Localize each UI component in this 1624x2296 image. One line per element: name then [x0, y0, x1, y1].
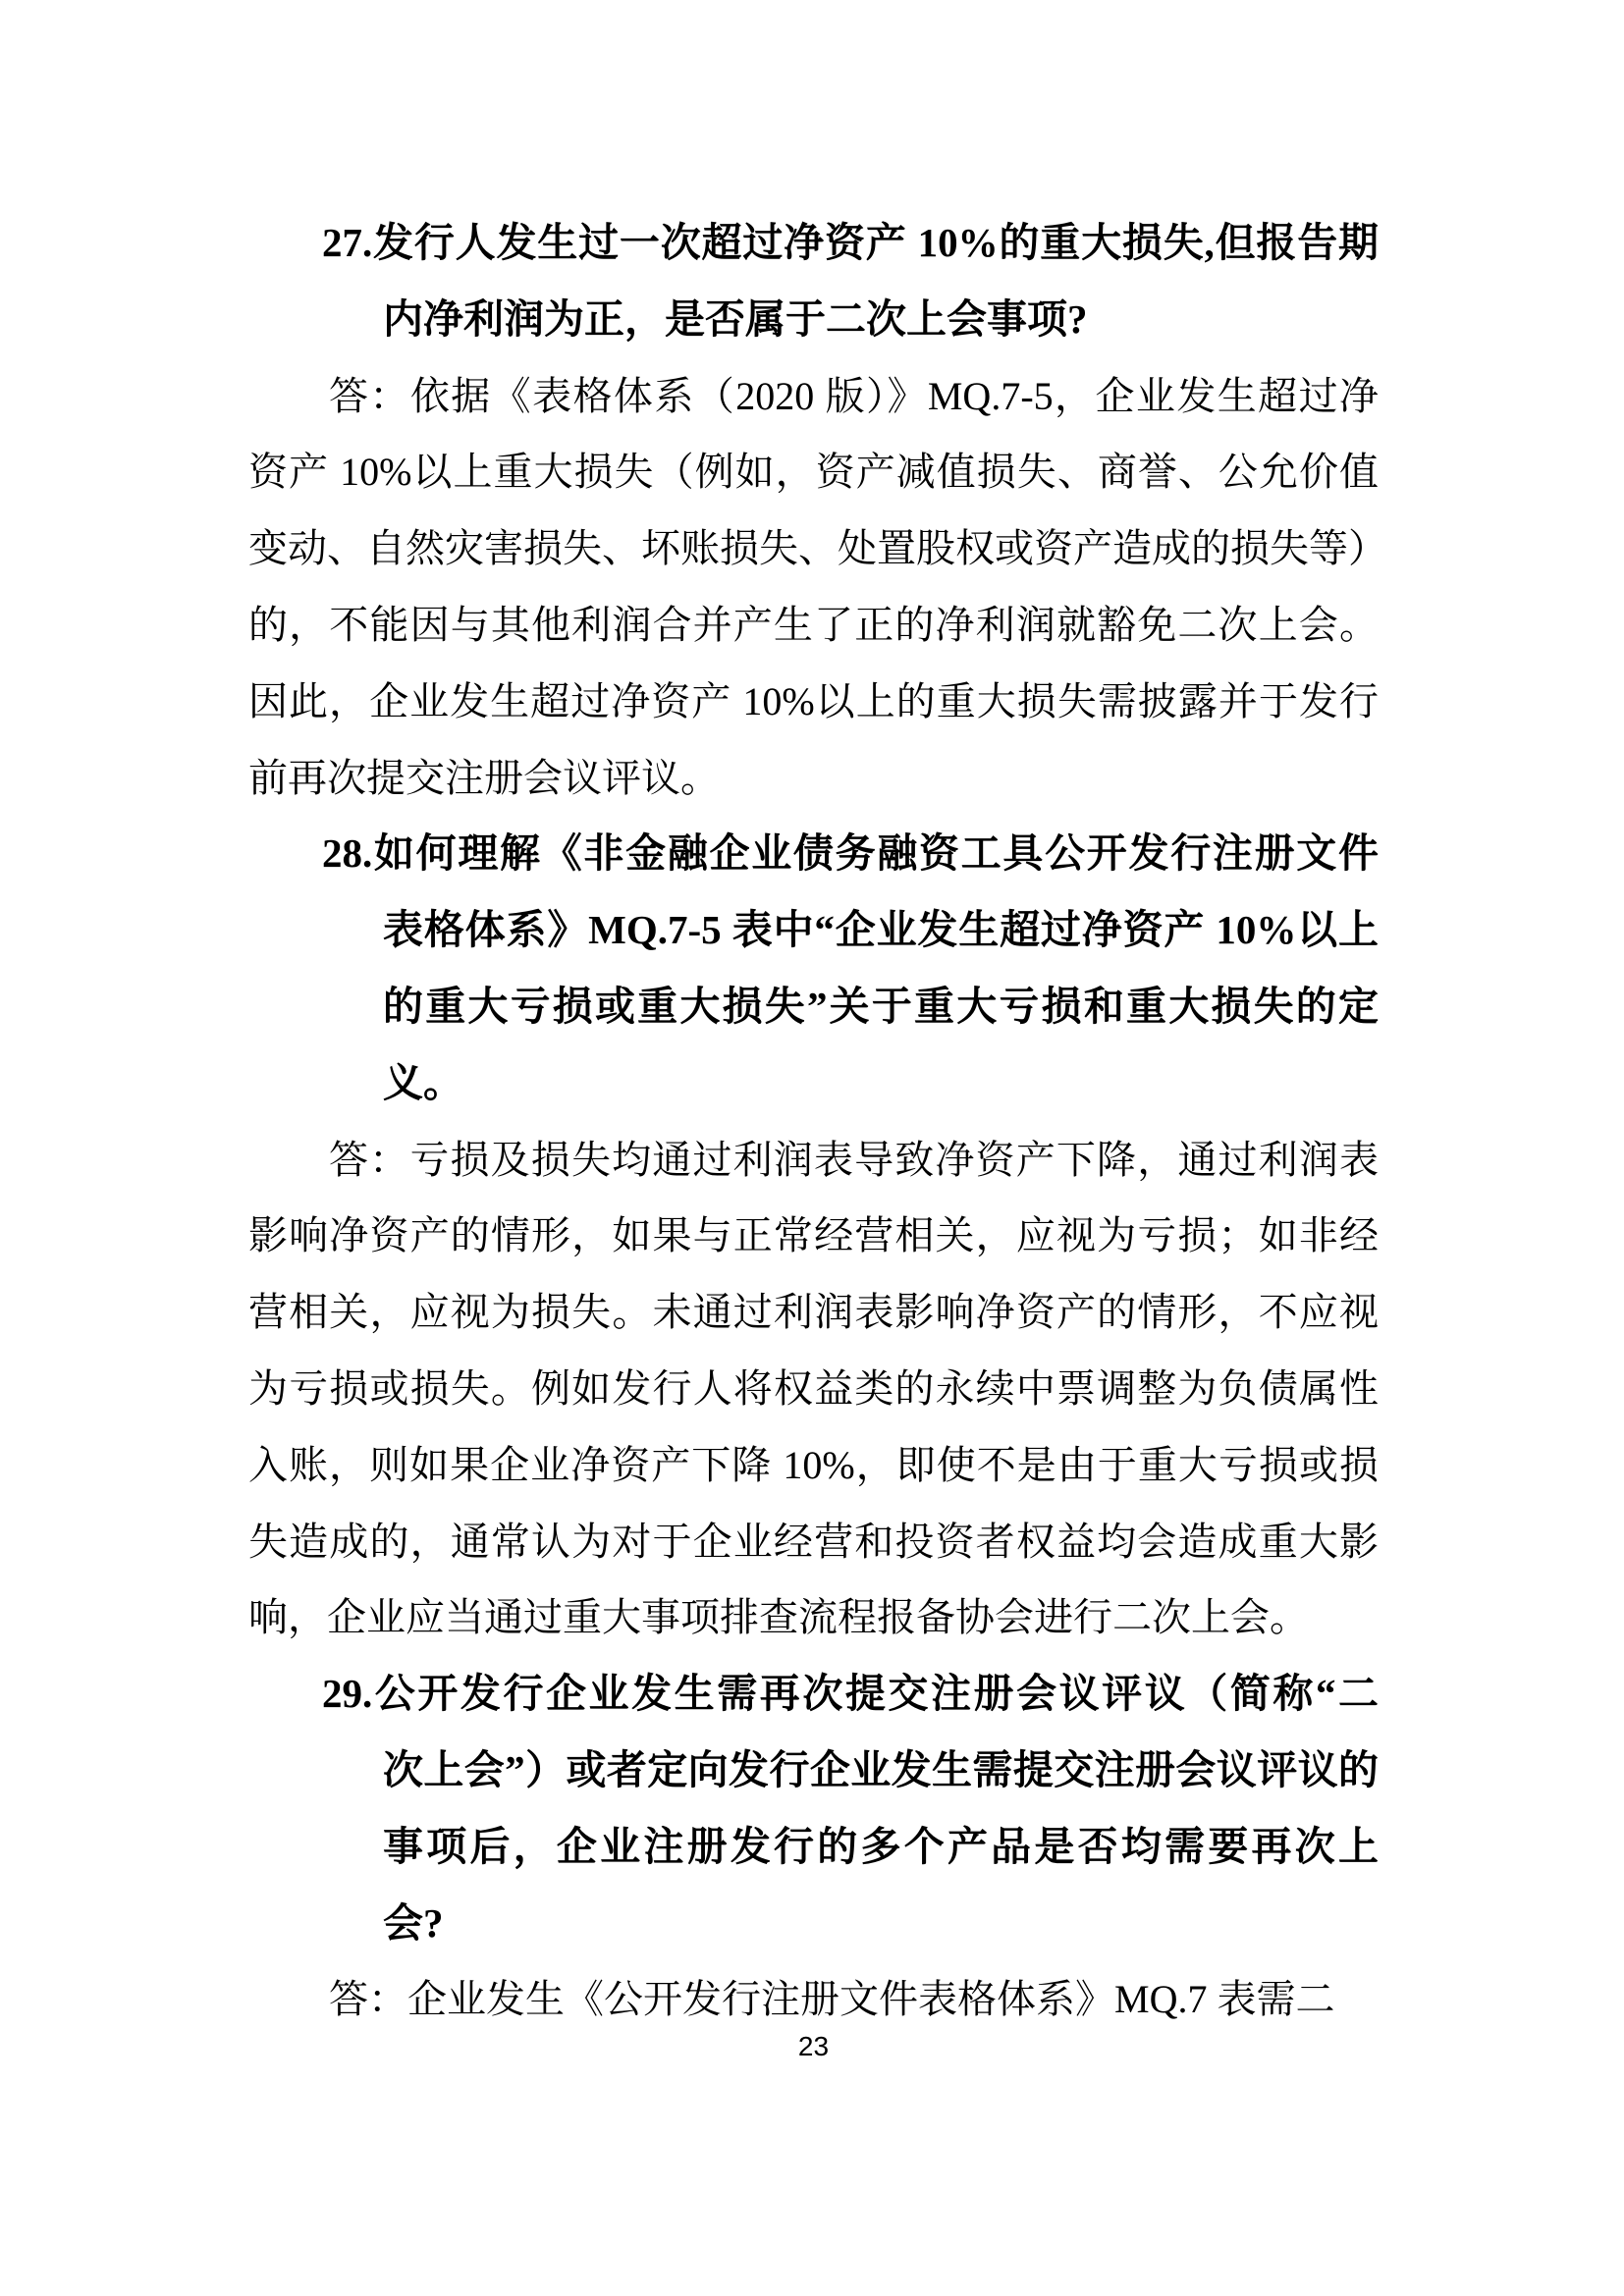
- question-28: 28.如何理解《非金融企业债务融资工具公开发行注册文件 表格体系》MQ.7-5 …: [248, 816, 1379, 1121]
- question-29-line-3: 事项后，企业注册发行的多个产品是否均需要再次上: [248, 1809, 1379, 1886]
- answer-28-line-2: 影响净资产的情形，如果与正常经营相关，应视为亏损；如非经: [248, 1198, 1379, 1274]
- question-27-line-2: 内净利润为正，是否属于二次上会事项?: [248, 282, 1379, 358]
- answer-28-line-3: 营相关，应视为损失。未通过利润表影响净资产的情形，不应视: [248, 1274, 1379, 1351]
- answer-28-line-4: 为亏损或损失。例如发行人将权益类的永续中票调整为负债属性: [248, 1351, 1379, 1427]
- question-29-line-4: 会?: [248, 1886, 1379, 1962]
- question-29: 29.公开发行企业发生需再次提交注册会议评议（简称“二 次上会”）或者定向发行企…: [248, 1656, 1379, 1961]
- question-29-line-1: 29.公开发行企业发生需再次提交注册会议评议（简称“二: [248, 1656, 1379, 1733]
- question-28-line-3: 的重大亏损或重大损失”关于重大亏损和重大损失的定: [248, 969, 1379, 1045]
- answer-28-line-6: 失造成的，通常认为对于企业经营和投资者权益均会造成重大影: [248, 1504, 1379, 1580]
- answer-28: 答：亏损及损失均通过利润表导致净资产下降，通过利润表 影响净资产的情形，如果与正…: [248, 1122, 1379, 1657]
- page-number: 23: [248, 2026, 1379, 2067]
- question-28-line-4: 义。: [248, 1045, 1379, 1122]
- answer-28-line-1: 答：亏损及损失均通过利润表导致净资产下降，通过利润表: [248, 1122, 1379, 1199]
- question-27-line-1: 27.发行人发生过一次超过净资产 10%的重大损失,但报告期: [248, 205, 1379, 282]
- answer-27-line-1: 答：依据《表格体系（2020 版）》MQ.7-5，企业发生超过净: [248, 358, 1379, 435]
- answer-27-line-2: 资产 10%以上重大损失（例如，资产减值损失、商誉、公允价值: [248, 434, 1379, 510]
- question-28-line-2: 表格体系》MQ.7-5 表中“企业发生超过净资产 10%以上: [248, 892, 1379, 969]
- answer-27-line-3: 变动、自然灾害损失、坏账损失、处置股权或资产造成的损失等）: [248, 510, 1379, 587]
- answer-27: 答：依据《表格体系（2020 版）》MQ.7-5，企业发生超过净 资产 10%以…: [248, 358, 1379, 817]
- question-29-line-2: 次上会”）或者定向发行企业发生需提交注册会议评议的: [248, 1733, 1379, 1809]
- answer-28-line-5: 入账，则如果企业净资产下降 10%，即使不是由于重大亏损或损: [248, 1427, 1379, 1504]
- answer-27-line-5: 因此，企业发生超过净资产 10%以上的重大损失需披露并于发行: [248, 664, 1379, 740]
- answer-28-line-7: 响，企业应当通过重大事项排查流程报备协会进行二次上会。: [248, 1579, 1379, 1656]
- answer-27-line-4: 的，不能因与其他利润合并产生了正的净利润就豁免二次上会。: [248, 587, 1379, 664]
- document-page: { "page": { "number": "23", "background_…: [0, 0, 1624, 2296]
- question-28-line-1: 28.如何理解《非金融企业债务融资工具公开发行注册文件: [248, 816, 1379, 892]
- text-block: 27.发行人发生过一次超过净资产 10%的重大损失,但报告期 内净利润为正，是否…: [248, 205, 1379, 2038]
- question-27: 27.发行人发生过一次超过净资产 10%的重大损失,但报告期 内净利润为正，是否…: [248, 205, 1379, 358]
- answer-27-line-6: 前再次提交注册会议评议。: [248, 740, 1379, 817]
